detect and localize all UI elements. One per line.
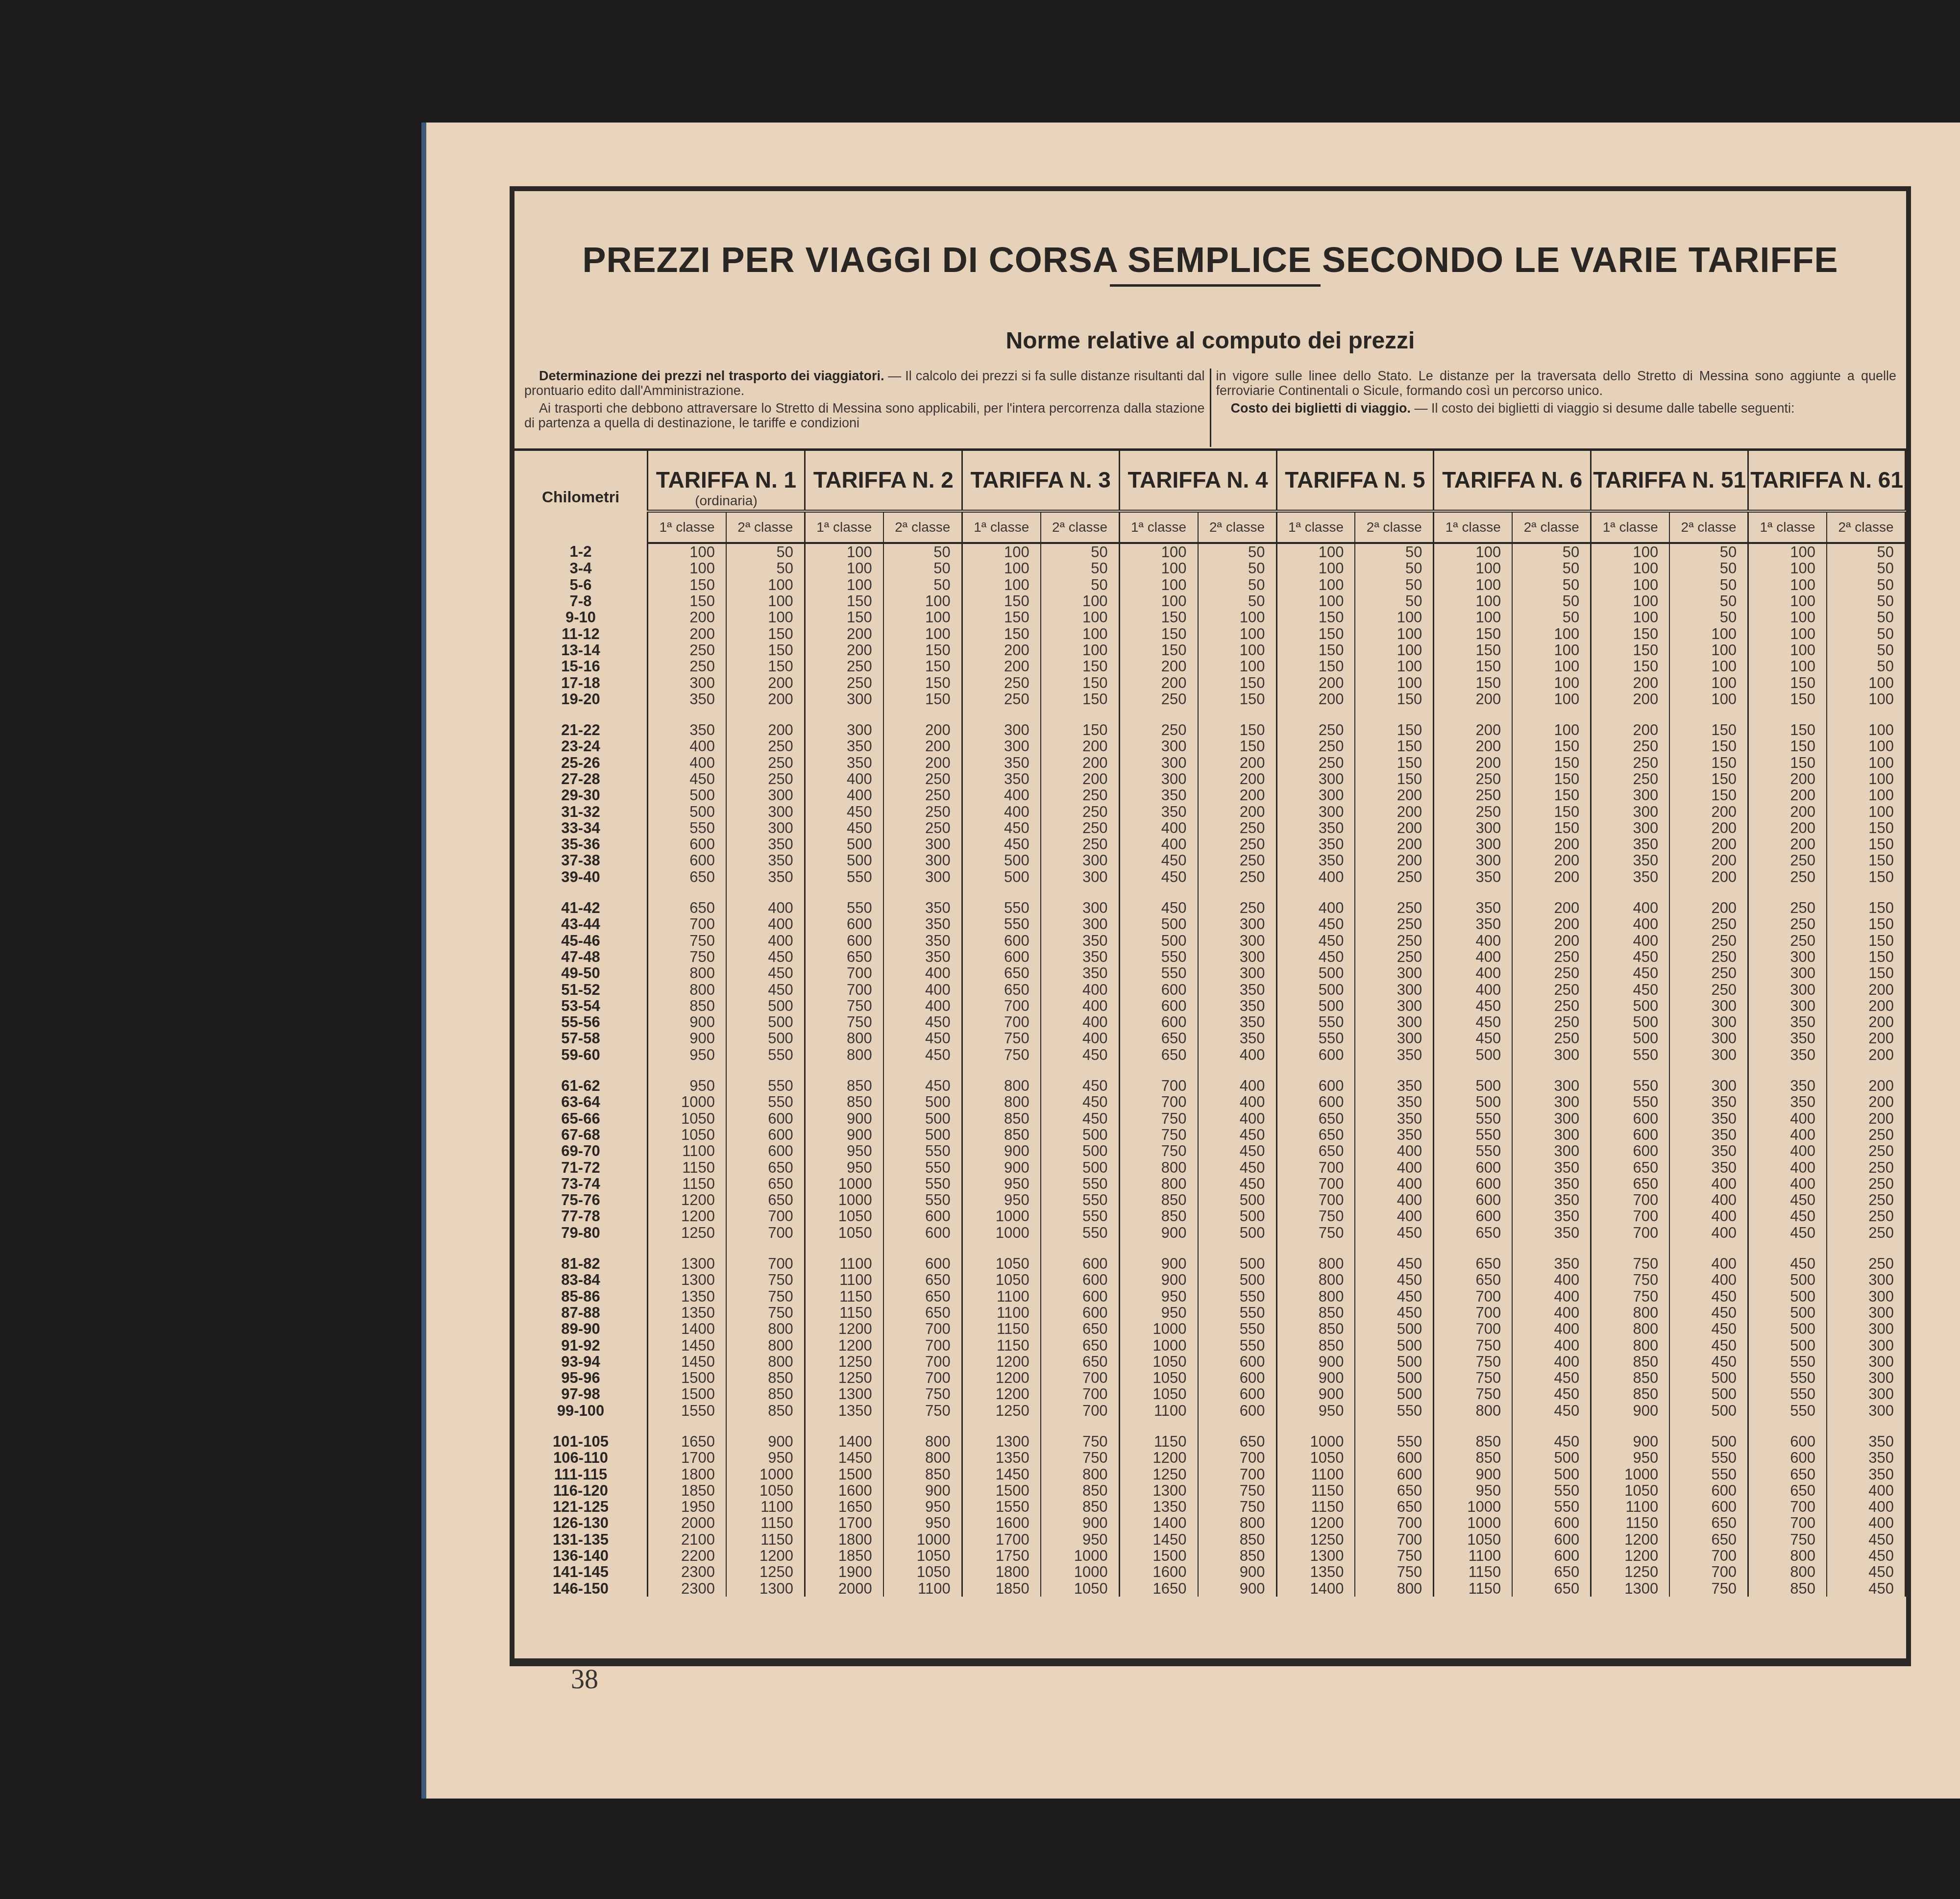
first-class-price-cell: 900	[962, 1159, 1040, 1175]
first-class-price-cell: 650	[1276, 1110, 1355, 1127]
km-range-cell: 33-34	[514, 820, 648, 836]
first-class-price-cell: 400	[1119, 820, 1198, 836]
km-range-cell: 19-20	[514, 691, 648, 707]
second-class-price-cell: 400	[1198, 1110, 1276, 1127]
second-class-price-cell: 100	[1512, 674, 1591, 691]
first-class-price-cell: 150	[1748, 674, 1827, 691]
second-class-price-cell: 500	[1512, 1466, 1591, 1482]
first-class-price-cell: 250	[1748, 933, 1827, 949]
second-class-price-cell: 350	[1827, 1450, 1905, 1466]
second-class-price-cell: 200	[1355, 787, 1433, 803]
second-class-price-cell: 50	[1355, 543, 1433, 560]
first-class-price-cell: 1000	[1434, 1499, 1512, 1515]
first-class-header: 1ª classe	[1434, 511, 1512, 543]
second-class-price-cell: 650	[1041, 1354, 1119, 1370]
second-class-price-cell: 50	[883, 560, 962, 576]
first-class-price-cell: 350	[1748, 1078, 1827, 1094]
second-class-price-cell: 650	[1512, 1580, 1591, 1597]
first-class-price-cell: 1450	[1119, 1531, 1198, 1548]
km-range-cell: 146-150	[514, 1580, 648, 1597]
first-class-price-cell: 900	[1276, 1370, 1355, 1386]
second-class-price-cell: 300	[1198, 949, 1276, 965]
first-class-price-cell: 300	[1276, 771, 1355, 787]
second-class-price-cell: 600	[1669, 1482, 1748, 1499]
second-class-price-cell: 450	[726, 965, 805, 981]
first-class-price-cell: 100	[1119, 577, 1198, 593]
first-class-price-cell: 950	[1119, 1288, 1198, 1304]
first-class-price-cell: 450	[1276, 916, 1355, 932]
first-class-price-cell: 600	[1591, 1127, 1669, 1143]
second-class-price-cell: 650	[1041, 1321, 1119, 1337]
km-range-cell: 131-135	[514, 1531, 648, 1548]
first-class-price-cell: 1000	[962, 1225, 1040, 1241]
km-range-cell: 95-96	[514, 1370, 648, 1386]
first-class-price-cell: 900	[1434, 1466, 1512, 1482]
first-class-price-cell: 1150	[1119, 1433, 1198, 1450]
second-class-price-cell: 400	[1827, 1515, 1905, 1531]
first-class-price-cell: 600	[1119, 1014, 1198, 1030]
tariff-note: (ordinaria)	[648, 493, 805, 511]
first-class-price-cell: 500	[1748, 1288, 1827, 1304]
km-range-cell: 15-16	[514, 658, 648, 674]
second-class-price-cell: 800	[883, 1450, 962, 1466]
second-class-price-cell: 600	[1041, 1288, 1119, 1304]
km-range-cell: 29-30	[514, 787, 648, 803]
first-class-price-cell: 1550	[962, 1499, 1040, 1515]
first-class-price-cell: 1450	[805, 1450, 883, 1466]
second-class-price-cell: 400	[1041, 981, 1119, 997]
first-class-price-cell: 200	[1591, 674, 1669, 691]
second-class-price-cell: 300	[1041, 869, 1119, 885]
first-class-price-cell: 100	[805, 577, 883, 593]
second-class-price-cell: 600	[1198, 1403, 1276, 1419]
second-class-price-cell: 200	[1827, 1094, 1905, 1110]
first-class-price-cell: 850	[1748, 1580, 1827, 1597]
km-range-cell: 43-44	[514, 916, 648, 932]
first-class-price-cell: 800	[1748, 1548, 1827, 1564]
table-row: 57-5890050080045075040065035055030045025…	[514, 1030, 1906, 1046]
second-class-price-cell: 50	[1669, 577, 1748, 593]
first-class-price-cell: 100	[1591, 577, 1669, 593]
first-class-price-cell: 250	[648, 642, 726, 658]
second-class-price-cell: 1000	[883, 1531, 962, 1548]
second-class-price-cell: 400	[1827, 1499, 1905, 1515]
second-class-price-cell: 500	[1669, 1433, 1748, 1450]
first-class-price-cell: 200	[1748, 836, 1827, 852]
second-class-price-cell: 600	[1512, 1531, 1591, 1548]
first-class-price-cell: 300	[1119, 755, 1198, 771]
first-class-price-cell: 1050	[962, 1272, 1040, 1288]
first-class-price-cell: 1200	[1591, 1531, 1669, 1548]
second-class-price-cell: 600	[726, 1110, 805, 1127]
second-class-price-cell: 100	[1041, 609, 1119, 625]
first-class-price-cell: 1150	[648, 1176, 726, 1192]
km-range-cell: 5-6	[514, 577, 648, 593]
second-class-price-cell: 1050	[883, 1548, 962, 1564]
second-class-price-cell: 200	[1198, 803, 1276, 819]
second-class-price-cell: 400	[1669, 1208, 1748, 1224]
second-class-price-cell: 200	[883, 738, 962, 754]
first-class-price-cell: 550	[1748, 1403, 1827, 1419]
first-class-price-cell: 350	[1748, 1047, 1827, 1063]
first-class-price-cell: 1000	[1119, 1321, 1198, 1337]
second-class-price-cell: 400	[1827, 1482, 1905, 1499]
second-class-price-cell: 750	[726, 1305, 805, 1321]
first-class-price-cell: 750	[1276, 1208, 1355, 1224]
second-class-price-cell: 300	[1355, 998, 1433, 1014]
second-class-header: 2ª classe	[1512, 511, 1591, 543]
table-row: 7-81501001501001501001005010050100501005…	[514, 593, 1906, 609]
first-class-price-cell: 1200	[648, 1192, 726, 1208]
second-class-price-cell: 300	[883, 869, 962, 885]
first-class-price-cell: 850	[1276, 1321, 1355, 1337]
second-class-price-cell: 50	[1669, 560, 1748, 576]
second-class-price-cell: 450	[726, 981, 805, 997]
first-class-price-cell: 450	[1276, 933, 1355, 949]
first-class-price-cell: 650	[1434, 1225, 1512, 1241]
first-class-price-cell: 1850	[805, 1548, 883, 1564]
first-class-price-cell: 350	[1119, 787, 1198, 803]
km-range-cell: 101-105	[514, 1433, 648, 1450]
first-class-price-cell: 750	[962, 1047, 1040, 1063]
table-row: 47-4875045065035060035055030045025040025…	[514, 949, 1906, 965]
table-row: 3-41005010050100501005010050100501005010…	[514, 560, 1906, 576]
table-row: 141-145230012501900105018001000160090013…	[514, 1564, 1906, 1580]
first-class-header: 1ª classe	[962, 511, 1040, 543]
first-class-price-cell: 750	[1276, 1225, 1355, 1241]
table-row: 37-3860035050030050030045025035020030020…	[514, 852, 1906, 868]
first-class-price-cell: 600	[1434, 1192, 1512, 1208]
first-class-price-cell: 700	[1748, 1515, 1827, 1531]
second-class-price-cell: 100	[1041, 593, 1119, 609]
second-class-price-cell: 1100	[726, 1499, 805, 1515]
second-class-price-cell: 700	[1198, 1466, 1276, 1482]
second-class-price-cell: 100	[1041, 642, 1119, 658]
first-class-price-cell: 850	[1119, 1208, 1198, 1224]
second-class-price-cell: 300	[726, 803, 805, 819]
second-class-price-cell: 700	[1041, 1386, 1119, 1402]
km-range-cell: 41-42	[514, 900, 648, 916]
second-class-price-cell: 400	[1512, 1288, 1591, 1304]
first-class-price-cell: 900	[805, 1110, 883, 1127]
first-class-price-cell: 750	[648, 933, 726, 949]
first-class-price-cell: 150	[1119, 609, 1198, 625]
km-range-cell: 81-82	[514, 1256, 648, 1272]
first-class-price-cell: 500	[962, 852, 1040, 868]
second-class-price-cell: 100	[726, 609, 805, 625]
first-class-price-cell: 100	[1591, 560, 1669, 576]
second-class-price-cell: 150	[1669, 755, 1748, 771]
second-class-price-cell: 50	[1041, 543, 1119, 560]
second-class-price-cell: 950	[1041, 1531, 1119, 1548]
second-class-price-cell: 200	[1669, 820, 1748, 836]
first-class-price-cell: 600	[648, 852, 726, 868]
second-class-price-cell: 200	[1512, 900, 1591, 916]
second-class-price-cell: 750	[1355, 1564, 1433, 1580]
first-class-price-cell: 750	[648, 949, 726, 965]
second-class-price-cell: 400	[726, 933, 805, 949]
second-class-price-cell: 500	[1512, 1450, 1591, 1466]
km-range-cell: 99-100	[514, 1403, 648, 1419]
km-range-cell: 141-145	[514, 1564, 648, 1580]
first-class-price-cell: 400	[1748, 1127, 1827, 1143]
second-class-price-cell: 250	[883, 771, 962, 787]
first-class-price-cell: 250	[1748, 852, 1827, 868]
second-class-price-cell: 500	[1355, 1337, 1433, 1353]
first-class-price-cell: 250	[805, 674, 883, 691]
second-class-price-cell: 300	[1512, 1047, 1591, 1063]
first-class-price-cell: 950	[1591, 1450, 1669, 1466]
km-range-cell: 106-110	[514, 1450, 648, 1466]
first-class-price-cell: 900	[1119, 1256, 1198, 1272]
first-class-price-cell: 650	[648, 900, 726, 916]
first-class-price-cell: 200	[962, 642, 1040, 658]
second-class-price-cell: 850	[1041, 1499, 1119, 1515]
second-class-price-cell: 350	[1827, 1433, 1905, 1450]
first-class-price-cell: 350	[1591, 836, 1669, 852]
table-row: 1-21005010050100501005010050100501005010…	[514, 543, 1906, 560]
first-class-price-cell: 100	[1119, 560, 1198, 576]
first-class-price-cell: 1050	[962, 1256, 1040, 1272]
second-class-price-cell: 100	[1355, 609, 1433, 625]
second-class-price-cell: 50	[1355, 593, 1433, 609]
first-class-price-cell: 700	[1591, 1225, 1669, 1241]
first-class-price-cell: 550	[1591, 1078, 1669, 1094]
first-class-price-cell: 100	[1276, 577, 1355, 593]
first-class-price-cell: 150	[1434, 625, 1512, 641]
first-class-price-cell: 200	[1434, 691, 1512, 707]
second-class-price-cell: 250	[1355, 900, 1433, 916]
first-class-price-cell: 1100	[962, 1305, 1040, 1321]
first-class-price-cell: 900	[962, 1143, 1040, 1159]
second-class-price-cell: 850	[883, 1466, 962, 1482]
second-class-price-cell: 350	[1041, 933, 1119, 949]
second-class-price-cell: 700	[1198, 1450, 1276, 1466]
first-class-price-cell: 800	[1748, 1564, 1827, 1580]
second-class-price-cell: 600	[1512, 1515, 1591, 1531]
first-class-price-cell: 100	[1434, 593, 1512, 609]
second-class-price-cell: 100	[1827, 674, 1905, 691]
first-class-price-cell: 100	[1748, 609, 1827, 625]
second-class-price-cell: 150	[1827, 916, 1905, 932]
second-class-price-cell: 700	[1355, 1531, 1433, 1548]
first-class-price-cell: 800	[1591, 1305, 1669, 1321]
first-class-price-cell: 300	[1748, 965, 1827, 981]
first-class-price-cell: 650	[805, 949, 883, 965]
second-class-price-cell: 350	[1355, 1127, 1433, 1143]
first-class-price-cell: 450	[1748, 1225, 1827, 1241]
second-class-price-cell: 50	[1355, 577, 1433, 593]
second-class-price-cell: 350	[1669, 1159, 1748, 1175]
first-class-header: 1ª classe	[1119, 511, 1198, 543]
first-class-price-cell: 1250	[962, 1403, 1040, 1419]
first-class-price-cell: 250	[1119, 722, 1198, 738]
first-class-price-cell: 150	[805, 609, 883, 625]
second-class-price-cell: 750	[726, 1288, 805, 1304]
second-class-price-cell: 950	[726, 1450, 805, 1466]
km-range-cell: 67-68	[514, 1127, 648, 1143]
first-class-price-cell: 550	[1119, 965, 1198, 981]
first-class-price-cell: 1200	[805, 1337, 883, 1353]
second-class-price-cell: 100	[1669, 658, 1748, 674]
first-class-price-cell: 1350	[962, 1450, 1040, 1466]
first-class-price-cell: 400	[648, 738, 726, 754]
first-class-price-cell: 100	[1748, 642, 1827, 658]
table-row: 87-8813507501150650110060095055085045070…	[514, 1305, 1906, 1321]
first-class-price-cell: 100	[1434, 609, 1512, 625]
first-class-price-cell: 1050	[1119, 1370, 1198, 1386]
tariff-note	[1748, 493, 1906, 511]
second-class-price-cell: 800	[1041, 1466, 1119, 1482]
first-class-price-cell: 700	[805, 965, 883, 981]
tariff-note	[805, 493, 962, 511]
first-class-price-cell: 1200	[805, 1321, 883, 1337]
second-class-price-cell: 700	[726, 1208, 805, 1224]
second-class-price-cell: 450	[1041, 1094, 1119, 1110]
first-class-price-cell: 1800	[648, 1466, 726, 1482]
second-class-price-cell: 250	[1198, 820, 1276, 836]
first-class-price-cell: 350	[1591, 852, 1669, 868]
second-class-price-cell: 600	[1041, 1305, 1119, 1321]
first-class-price-cell: 400	[648, 755, 726, 771]
second-class-price-cell: 100	[1512, 642, 1591, 658]
second-class-price-cell: 700	[726, 1225, 805, 1241]
km-range-cell: 37-38	[514, 852, 648, 868]
first-class-price-cell: 500	[1591, 998, 1669, 1014]
second-class-price-cell: 150	[1827, 820, 1905, 836]
first-class-price-cell: 250	[1276, 738, 1355, 754]
second-class-price-cell: 400	[1198, 1047, 1276, 1063]
second-class-price-cell: 350	[1669, 1143, 1748, 1159]
first-class-price-cell: 550	[1434, 1110, 1512, 1127]
note-text: Ai trasporti che debbono attraversare lo…	[524, 401, 1205, 430]
first-class-price-cell: 150	[962, 593, 1040, 609]
km-range-cell: 89-90	[514, 1321, 648, 1337]
second-class-price-cell: 600	[1041, 1256, 1119, 1272]
first-class-price-cell: 850	[1591, 1370, 1669, 1386]
second-class-price-cell: 400	[1355, 1159, 1433, 1175]
second-class-price-cell: 50	[1669, 593, 1748, 609]
first-class-price-cell: 100	[962, 543, 1040, 560]
first-class-price-cell: 1050	[1434, 1531, 1512, 1548]
first-class-price-cell: 200	[1434, 722, 1512, 738]
first-class-price-cell: 1700	[962, 1531, 1040, 1548]
second-class-price-cell: 600	[883, 1256, 962, 1272]
second-class-price-cell: 550	[883, 1143, 962, 1159]
second-class-price-cell: 250	[1827, 1176, 1905, 1192]
first-class-price-cell: 1050	[1119, 1354, 1198, 1370]
second-class-price-cell: 500	[1355, 1386, 1433, 1402]
second-class-price-cell: 350	[883, 949, 962, 965]
second-class-price-cell: 100	[1669, 674, 1748, 691]
second-class-price-cell: 750	[1041, 1433, 1119, 1450]
km-range-cell: 47-48	[514, 949, 648, 965]
first-class-price-cell: 650	[962, 981, 1040, 997]
km-range-cell: 121-125	[514, 1499, 648, 1515]
table-row: 29-3050030040025040025035020030020025015…	[514, 787, 1906, 803]
second-class-price-cell: 400	[1041, 1014, 1119, 1030]
second-class-price-cell: 650	[1041, 1337, 1119, 1353]
first-class-price-cell: 850	[1591, 1386, 1669, 1402]
table-row: 73-7411506501000550950550800450700400600…	[514, 1176, 1906, 1192]
first-class-price-cell: 400	[1748, 1110, 1827, 1127]
first-class-price-cell: 100	[1748, 560, 1827, 576]
first-class-header: 1ª classe	[805, 511, 883, 543]
first-class-price-cell: 950	[962, 1176, 1040, 1192]
table-row: 5-61501001005010050100501005010050100501…	[514, 577, 1906, 593]
second-class-price-cell: 550	[883, 1159, 962, 1175]
second-class-price-cell: 200	[1669, 803, 1748, 819]
tariff-header: TARIFFA N. 2	[805, 451, 962, 493]
table-row: 9-10200100150100150100150100150100100501…	[514, 609, 1906, 625]
second-class-price-cell: 650	[1512, 1564, 1591, 1580]
first-class-price-cell: 250	[1276, 722, 1355, 738]
second-class-price-cell: 200	[1512, 933, 1591, 949]
first-class-price-cell: 2200	[648, 1548, 726, 1564]
first-class-price-cell: 150	[962, 625, 1040, 641]
table-row: 146-150230013002000110018501050165090014…	[514, 1580, 1906, 1597]
second-class-price-cell: 350	[1355, 1110, 1433, 1127]
second-class-price-cell: 500	[1041, 1159, 1119, 1175]
second-class-price-cell: 450	[1512, 1370, 1591, 1386]
first-class-price-cell: 350	[1119, 803, 1198, 819]
km-range-cell: 53-54	[514, 998, 648, 1014]
first-class-price-cell: 450	[1748, 1256, 1827, 1272]
table-row: 15-1625015025015020015020010015010015010…	[514, 658, 1906, 674]
second-class-price-cell: 450	[1355, 1272, 1433, 1288]
second-class-price-cell: 550	[1198, 1337, 1276, 1353]
second-class-price-cell: 350	[726, 869, 805, 885]
first-class-price-cell: 1150	[805, 1305, 883, 1321]
first-class-price-cell: 500	[1591, 1014, 1669, 1030]
first-class-price-cell: 450	[1748, 1208, 1827, 1224]
first-class-price-cell: 350	[1748, 1014, 1827, 1030]
first-class-price-cell: 650	[1591, 1176, 1669, 1192]
second-class-price-cell: 250	[726, 771, 805, 787]
first-class-price-cell: 350	[1276, 836, 1355, 852]
first-class-price-cell: 1150	[1434, 1564, 1512, 1580]
first-class-price-cell: 600	[1591, 1143, 1669, 1159]
first-class-price-cell: 650	[1276, 1127, 1355, 1143]
first-class-price-cell: 1750	[962, 1548, 1040, 1564]
first-class-price-cell: 950	[648, 1047, 726, 1063]
second-class-price-cell: 100	[1669, 642, 1748, 658]
table-row: 63-6410005508505008004507004006003505003…	[514, 1094, 1906, 1110]
second-class-price-cell: 150	[1041, 722, 1119, 738]
first-class-price-cell: 1650	[648, 1433, 726, 1450]
first-class-price-cell: 300	[1748, 981, 1827, 997]
first-class-price-cell: 1050	[648, 1127, 726, 1143]
table-row: 89-9014008001200700115065010005508505007…	[514, 1321, 1906, 1337]
first-class-price-cell: 1250	[1276, 1531, 1355, 1548]
first-class-price-cell: 500	[1434, 1047, 1512, 1063]
first-class-price-cell: 500	[1434, 1094, 1512, 1110]
second-class-price-cell: 250	[1041, 803, 1119, 819]
table-row: 93-9414508001250700120065010506009005007…	[514, 1354, 1906, 1370]
first-class-price-cell: 300	[1276, 787, 1355, 803]
km-range-cell: 91-92	[514, 1337, 648, 1353]
second-class-price-cell: 200	[1041, 738, 1119, 754]
second-class-price-cell: 350	[1827, 1466, 1905, 1482]
second-class-price-cell: 800	[726, 1354, 805, 1370]
first-class-price-cell: 400	[1276, 900, 1355, 916]
first-class-price-cell: 1700	[648, 1450, 726, 1466]
km-range-cell: 75-76	[514, 1192, 648, 1208]
first-class-price-cell: 150	[1748, 722, 1827, 738]
first-class-price-cell: 1250	[1119, 1466, 1198, 1482]
second-class-price-cell: 50	[1355, 560, 1433, 576]
first-class-price-cell: 250	[1748, 916, 1827, 932]
